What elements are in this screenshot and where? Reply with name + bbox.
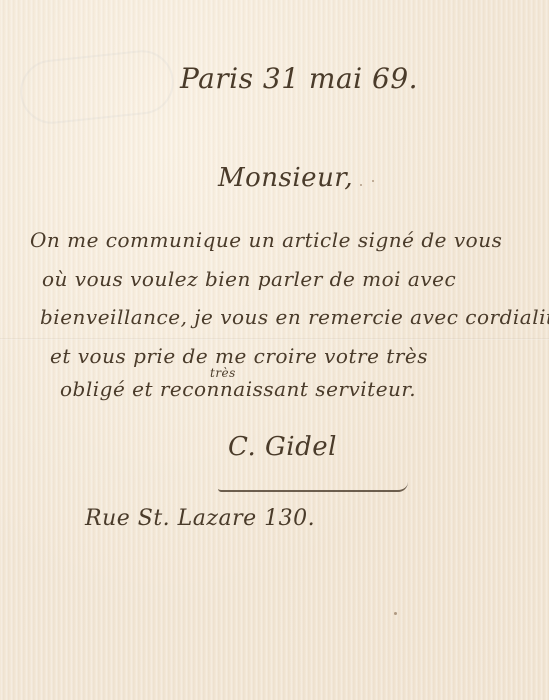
signature: C. Gidel [228,432,337,462]
paper-fold-line [0,338,549,340]
paper-speck [394,612,397,615]
paper-speck [372,180,374,182]
sender-address: Rue St. Lazare 130. [85,506,315,531]
body-line-5: obligé et reconnaissant serviteur. [60,377,416,401]
faded-stamp-mark [17,47,177,127]
letter-page: Paris 31 mai 69. Monsieur, On me communi… [0,0,549,700]
signature-flourish [218,482,408,492]
body-line-2: où vous voulez bien parler de moi avec [42,267,456,291]
paper-speck [360,184,362,186]
body-line-4: et vous prie de me croire votre très [50,344,428,368]
body-line-1: On me communique un article signé de vou… [30,228,502,252]
body-line-3: bienveillance, je vous en remercie avec … [40,305,549,329]
letter-dateline: Paris 31 mai 69. [180,62,418,95]
letter-salutation: Monsieur, [218,163,353,193]
